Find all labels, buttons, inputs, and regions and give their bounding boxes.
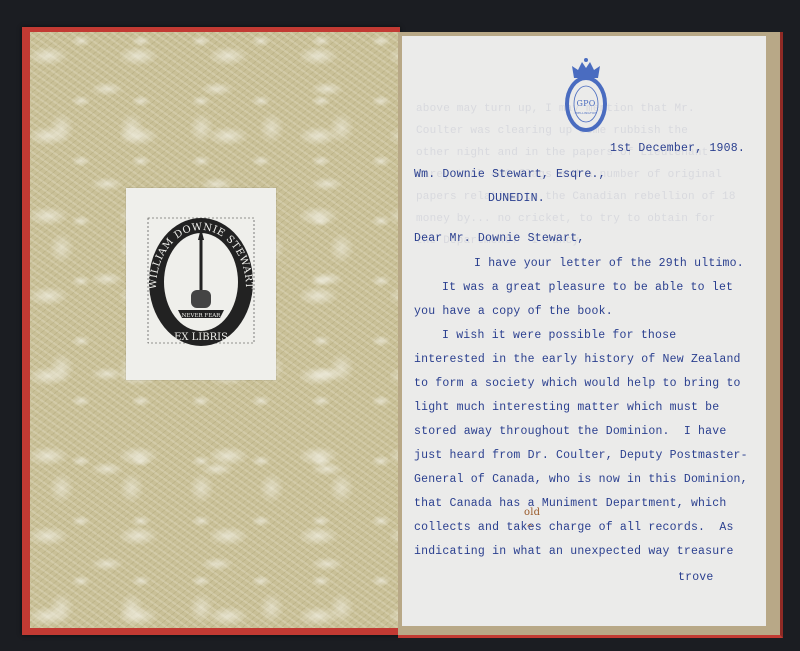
letter-line: to form a society which would help to br… xyxy=(414,377,741,390)
svg-text:GPO: GPO xyxy=(577,99,596,108)
letter-line: I have your letter of the 29th ultimo. xyxy=(474,257,744,270)
recipient-city: DUNEDIN. xyxy=(488,192,545,205)
letter-date: 1st December, 1908. xyxy=(610,142,745,155)
letter-line: It was a great pleasure to be able to le… xyxy=(442,281,733,294)
letter-line: collects and takes charge of all records… xyxy=(414,521,734,534)
gpo-crest-icon: GPO WELLINGTON xyxy=(564,56,608,134)
bookplate-emblem-icon: WILLIAM DOWNIE STEWART EX LIBRIS NEVER F… xyxy=(126,188,276,380)
letter-line: just heard from Dr. Coulter, Deputy Post… xyxy=(414,449,748,462)
svg-text:EX LIBRIS: EX LIBRIS xyxy=(174,332,228,343)
letter-line: you have a copy of the book. xyxy=(414,305,613,318)
letter-line: I wish it were possible for those xyxy=(442,329,676,342)
letter-line: indicating in what an unexpected way tre… xyxy=(414,545,734,558)
bookplate: WILLIAM DOWNIE STEWART EX LIBRIS NEVER F… xyxy=(126,188,276,380)
letter-line: light much interesting matter which must… xyxy=(414,401,719,414)
letter-line: General of Canada, who is now in this Do… xyxy=(414,473,748,486)
svg-text:NEVER FEAR: NEVER FEAR xyxy=(182,313,222,319)
svg-text:WELLINGTON: WELLINGTON xyxy=(575,111,597,115)
letter-line: stored away throughout the Dominion. I h… xyxy=(414,425,726,438)
letter-line: that Canada has a Muniment Department, w… xyxy=(414,497,726,510)
caret-mark-icon: ^ xyxy=(526,524,534,534)
letter-line: interested in the early history of New Z… xyxy=(414,353,741,366)
recipient-name: Wm. Downie Stewart, Esqre., xyxy=(414,168,606,181)
handwritten-insertion: old xyxy=(524,507,540,518)
typed-letter: above may turn up, I may mention that Mr… xyxy=(402,36,766,626)
letter-line-catchword: trove xyxy=(678,571,714,584)
salutation: Dear Mr. Downie Stewart, xyxy=(414,232,584,245)
